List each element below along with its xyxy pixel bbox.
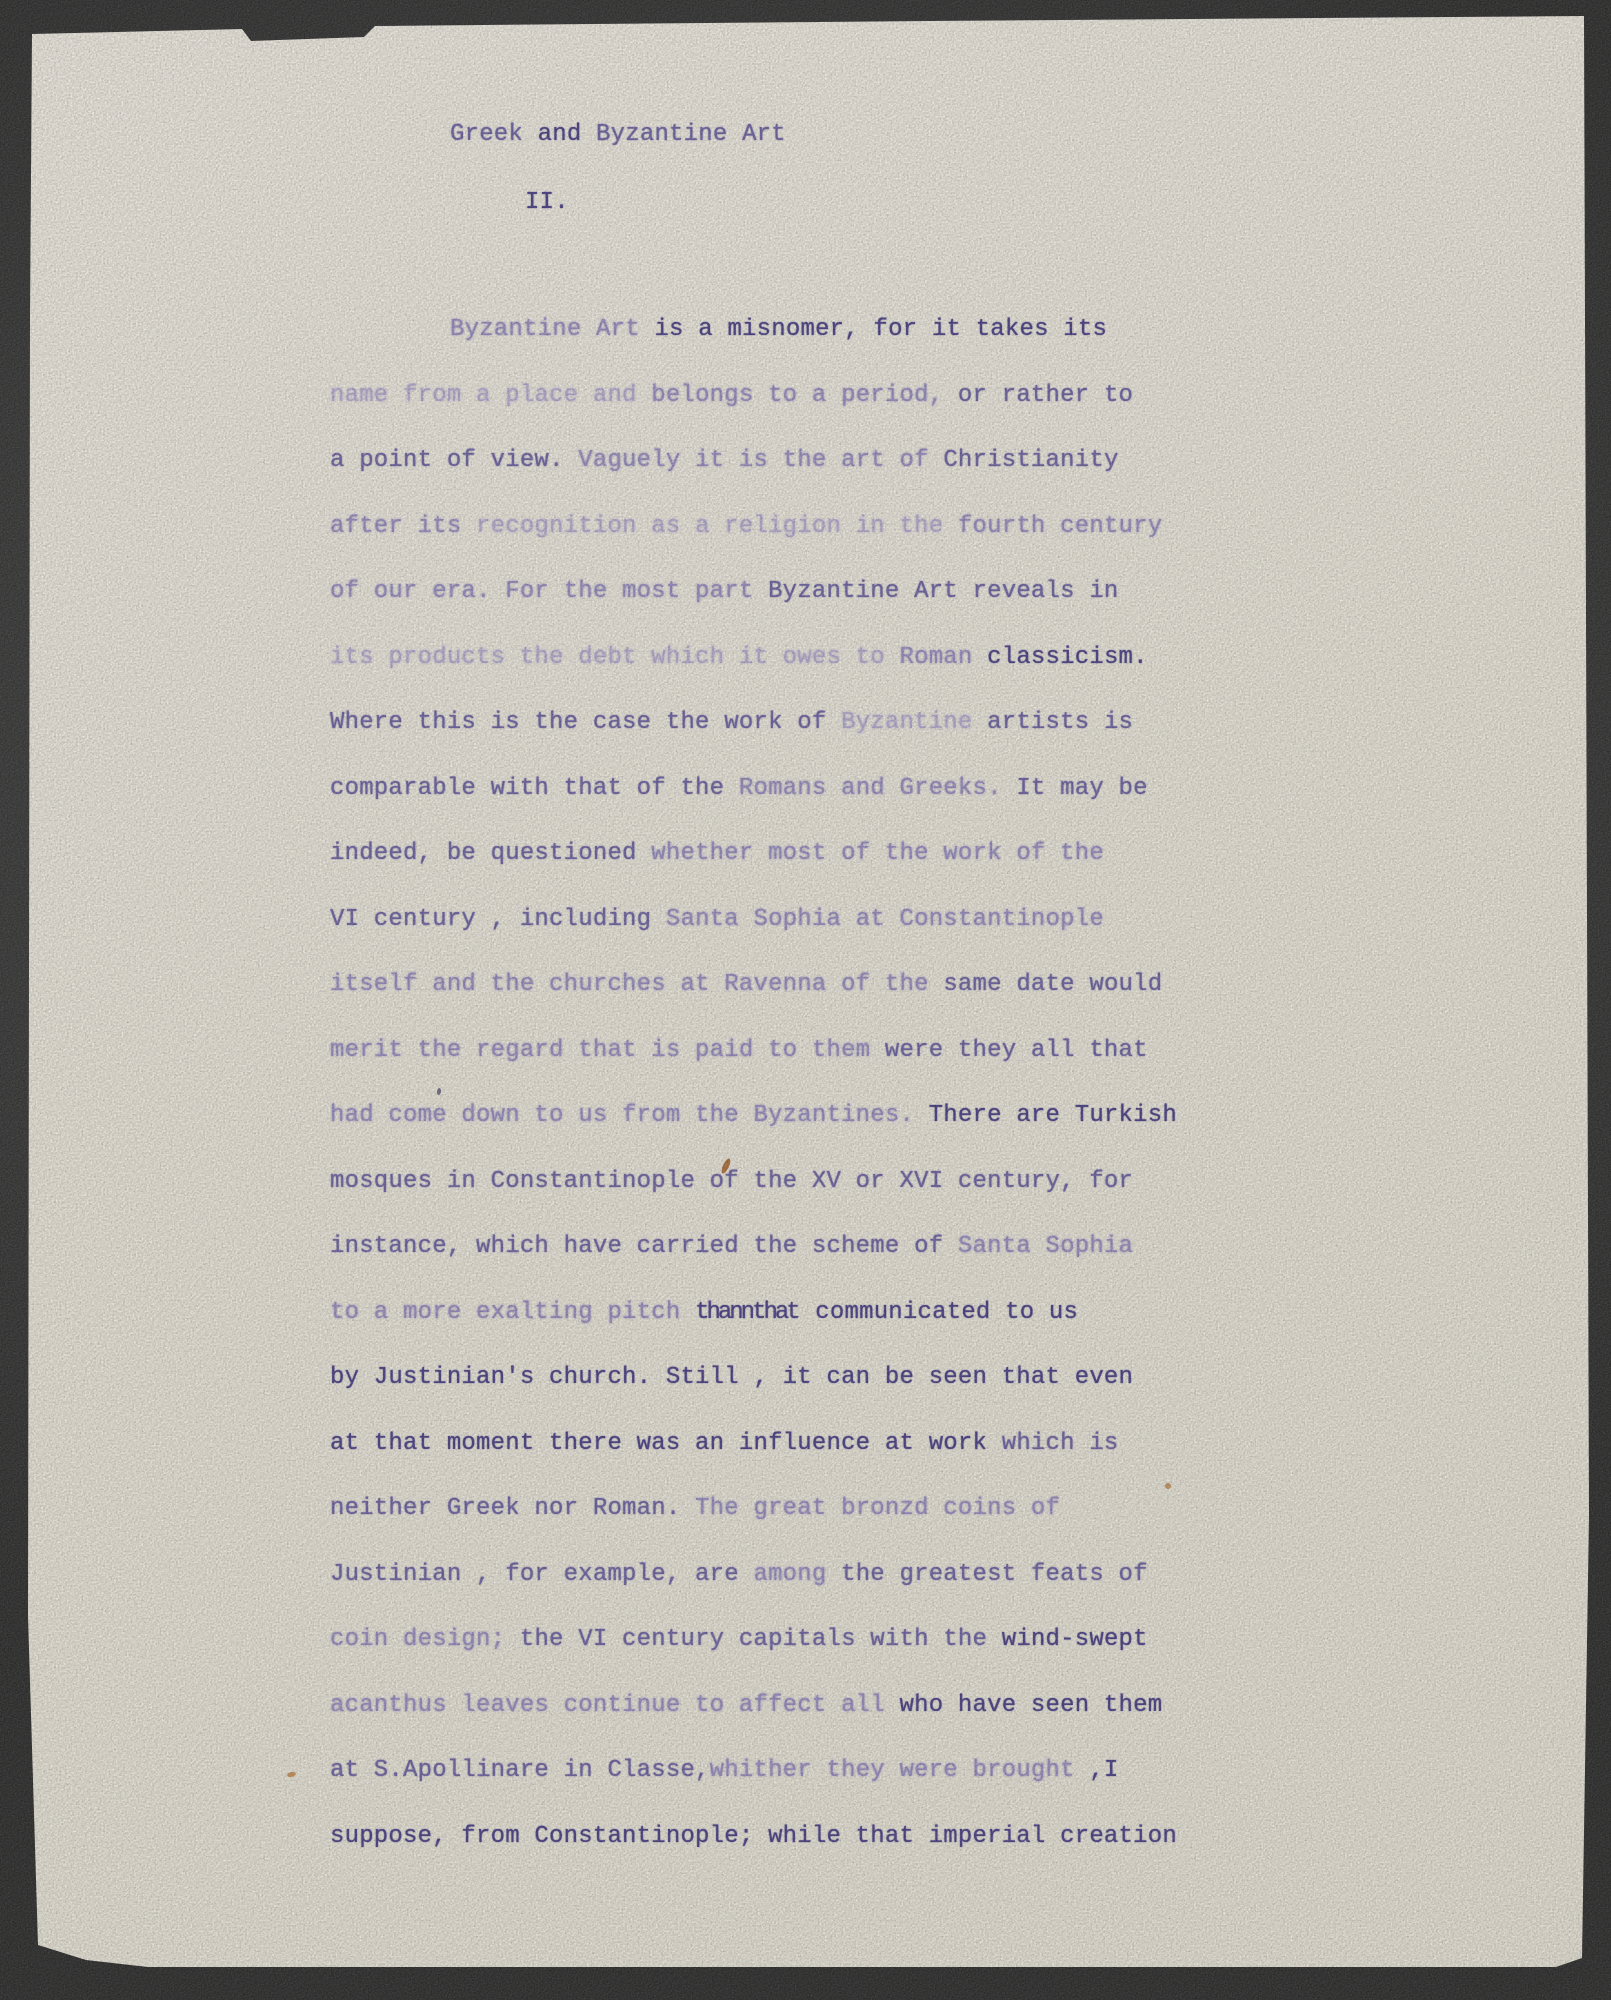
typed-segment: itself and the churches at Ravenna of th… <box>330 971 943 998</box>
typed-line: suppose, from Constantinople; while that… <box>330 1804 1177 1870</box>
typed-line: name from a place and belongs to a perio… <box>330 363 1177 429</box>
typed-segment: There are Turkish <box>929 1102 1177 1129</box>
typed-line: mosques in Constantinople of the XV or X… <box>330 1149 1177 1215</box>
typed-segment: Where this is the case the work of <box>330 709 841 736</box>
document-body: Byzantine Art is a misnomer, for it take… <box>330 297 1177 1869</box>
typed-line: merit the regard that is paid to them we… <box>330 1018 1177 1084</box>
typed-line: coin design; the VI century capitals wit… <box>330 1607 1177 1673</box>
typed-segment: The great bronzd coins of <box>695 1495 1060 1522</box>
typed-segment: Romans and Greeks. <box>739 775 1016 802</box>
typed-segment: ,I <box>1089 1757 1118 1784</box>
typed-segment: Christianity <box>943 447 1118 474</box>
document-title: Greek and Byzantine Art <box>450 120 786 150</box>
typed-segment: its products the debt which it owes to <box>330 644 900 671</box>
typed-segment: wind-swept <box>1002 1626 1148 1653</box>
typed-segment: Santa Sophia at Constantinople <box>666 906 1104 933</box>
typed-line: Where this is the case the work of Byzan… <box>330 690 1177 756</box>
typed-segment: a point of view. <box>330 447 578 474</box>
typed-segment: whither they were brought <box>710 1757 1090 1784</box>
typed-segment: Byzantine Art <box>596 121 786 148</box>
typed-segment: artists is <box>987 709 1133 736</box>
typed-segment: communicated to us <box>801 1299 1078 1326</box>
typed-segment: Byzantine Art reveals in <box>768 578 1118 605</box>
typed-segment: is a misnomer, for it takes its <box>654 316 1107 343</box>
typed-segment: classicism. <box>987 644 1148 671</box>
typed-segment: Vaguely it is the art of <box>578 447 943 474</box>
typed-segment: Greek <box>450 121 538 148</box>
typed-segment: belongs to a period, <box>651 382 958 409</box>
typed-segment: who have seen them <box>900 1692 1163 1719</box>
typed-line: by Justinian's church. Still , it can be… <box>330 1345 1177 1411</box>
typed-segment: acanthus leaves continue to affect all <box>330 1692 900 1719</box>
typed-segment: by Justinian's church. Still , it can be… <box>330 1364 1133 1391</box>
typed-segment: mosques in Constantinople of the XV or X… <box>330 1168 1133 1195</box>
typed-segment: recognition as a religion in the <box>476 513 958 540</box>
typed-segment: comparable with that of the <box>330 775 739 802</box>
typed-segment: and <box>538 121 596 148</box>
typed-segment: Santa Sophia <box>958 1233 1133 1260</box>
typed-segment: same date would <box>943 971 1162 998</box>
typed-segment: II. <box>525 189 569 216</box>
typed-segment: name from a place and <box>330 382 651 409</box>
typed-segment: Byzantine Art <box>450 316 654 343</box>
typed-segment: VI century , including <box>330 906 666 933</box>
typed-line: indeed, be questioned whether most of th… <box>330 821 1177 887</box>
typed-segment: at that moment there was an influence at… <box>330 1430 1002 1457</box>
typed-line: acanthus leaves continue to affect all w… <box>330 1673 1177 1739</box>
typed-segment: among <box>753 1561 841 1588</box>
typed-segment: suppose, from Constantinople; while that… <box>330 1823 1177 1850</box>
typed-segment: whether most of the work of the <box>651 840 1104 867</box>
section-number: II. <box>525 188 569 218</box>
typed-line: at that moment there was an influence at… <box>330 1411 1177 1477</box>
typed-segment: thannthat <box>695 1299 798 1326</box>
typed-line: at S.Apollinare in Classe,whither they w… <box>330 1738 1177 1804</box>
typed-segment: indeed, be questioned <box>330 840 651 867</box>
typed-line: of our era. For the most part Byzantine … <box>330 559 1177 625</box>
typed-segment: had come down to us from the Byzantines. <box>330 1102 929 1129</box>
typed-line: itself and the churches at Ravenna of th… <box>330 952 1177 1018</box>
paper-stain <box>287 1771 297 1778</box>
typed-line: Justinian , for example, are among the g… <box>330 1542 1177 1608</box>
typed-segment: to a more exalting pitch <box>330 1299 695 1326</box>
typed-segment: the VI century capitals with the <box>520 1626 1002 1653</box>
typed-line: to a more exalting pitch thannthat commu… <box>330 1280 1177 1346</box>
typed-line: had come down to us from the Byzantines.… <box>330 1083 1177 1149</box>
typed-line: its products the debt which it owes to R… <box>330 625 1177 691</box>
typed-segment: merit the regard that is paid to them <box>330 1037 885 1064</box>
typed-line: instance, which have carried the scheme … <box>330 1214 1177 1280</box>
typed-line: comparable with that of the Romans and G… <box>330 756 1177 822</box>
typed-segment: or rather to <box>958 382 1133 409</box>
typed-segment: at S.Apollinare in Classe, <box>330 1757 710 1784</box>
typed-segment: It may be <box>1016 775 1147 802</box>
typed-segment: Roman <box>900 644 988 671</box>
typed-line: VI century , including Santa Sophia at C… <box>330 887 1177 953</box>
typed-segment: the greatest feats of <box>841 1561 1148 1588</box>
typed-segment: Justinian , for example, are <box>330 1561 753 1588</box>
typed-segment: coin design; <box>330 1626 520 1653</box>
typed-segment: Byzantine <box>841 709 987 736</box>
typed-segment: fourth century <box>958 513 1162 540</box>
typed-segment: of our era. For the most part <box>330 578 768 605</box>
typed-segment: instance, which have carried the scheme … <box>330 1233 958 1260</box>
typed-segment: were they all that <box>885 1037 1148 1064</box>
typed-line: neither Greek nor Roman. The great bronz… <box>330 1476 1177 1542</box>
typed-segment: which is <box>1002 1430 1119 1457</box>
typed-line: Byzantine Art is a misnomer, for it take… <box>330 297 1177 363</box>
typed-segment: after its <box>330 513 476 540</box>
typed-line: after its recognition as a religion in t… <box>330 494 1177 560</box>
photo-backdrop: Greek and Byzantine Art II. Byzantine Ar… <box>0 0 1611 2000</box>
manuscript-page: Greek and Byzantine Art II. Byzantine Ar… <box>28 16 1589 1968</box>
typed-segment: neither Greek nor Roman. <box>330 1495 695 1522</box>
typed-line: a point of view. Vaguely it is the art o… <box>330 428 1177 494</box>
